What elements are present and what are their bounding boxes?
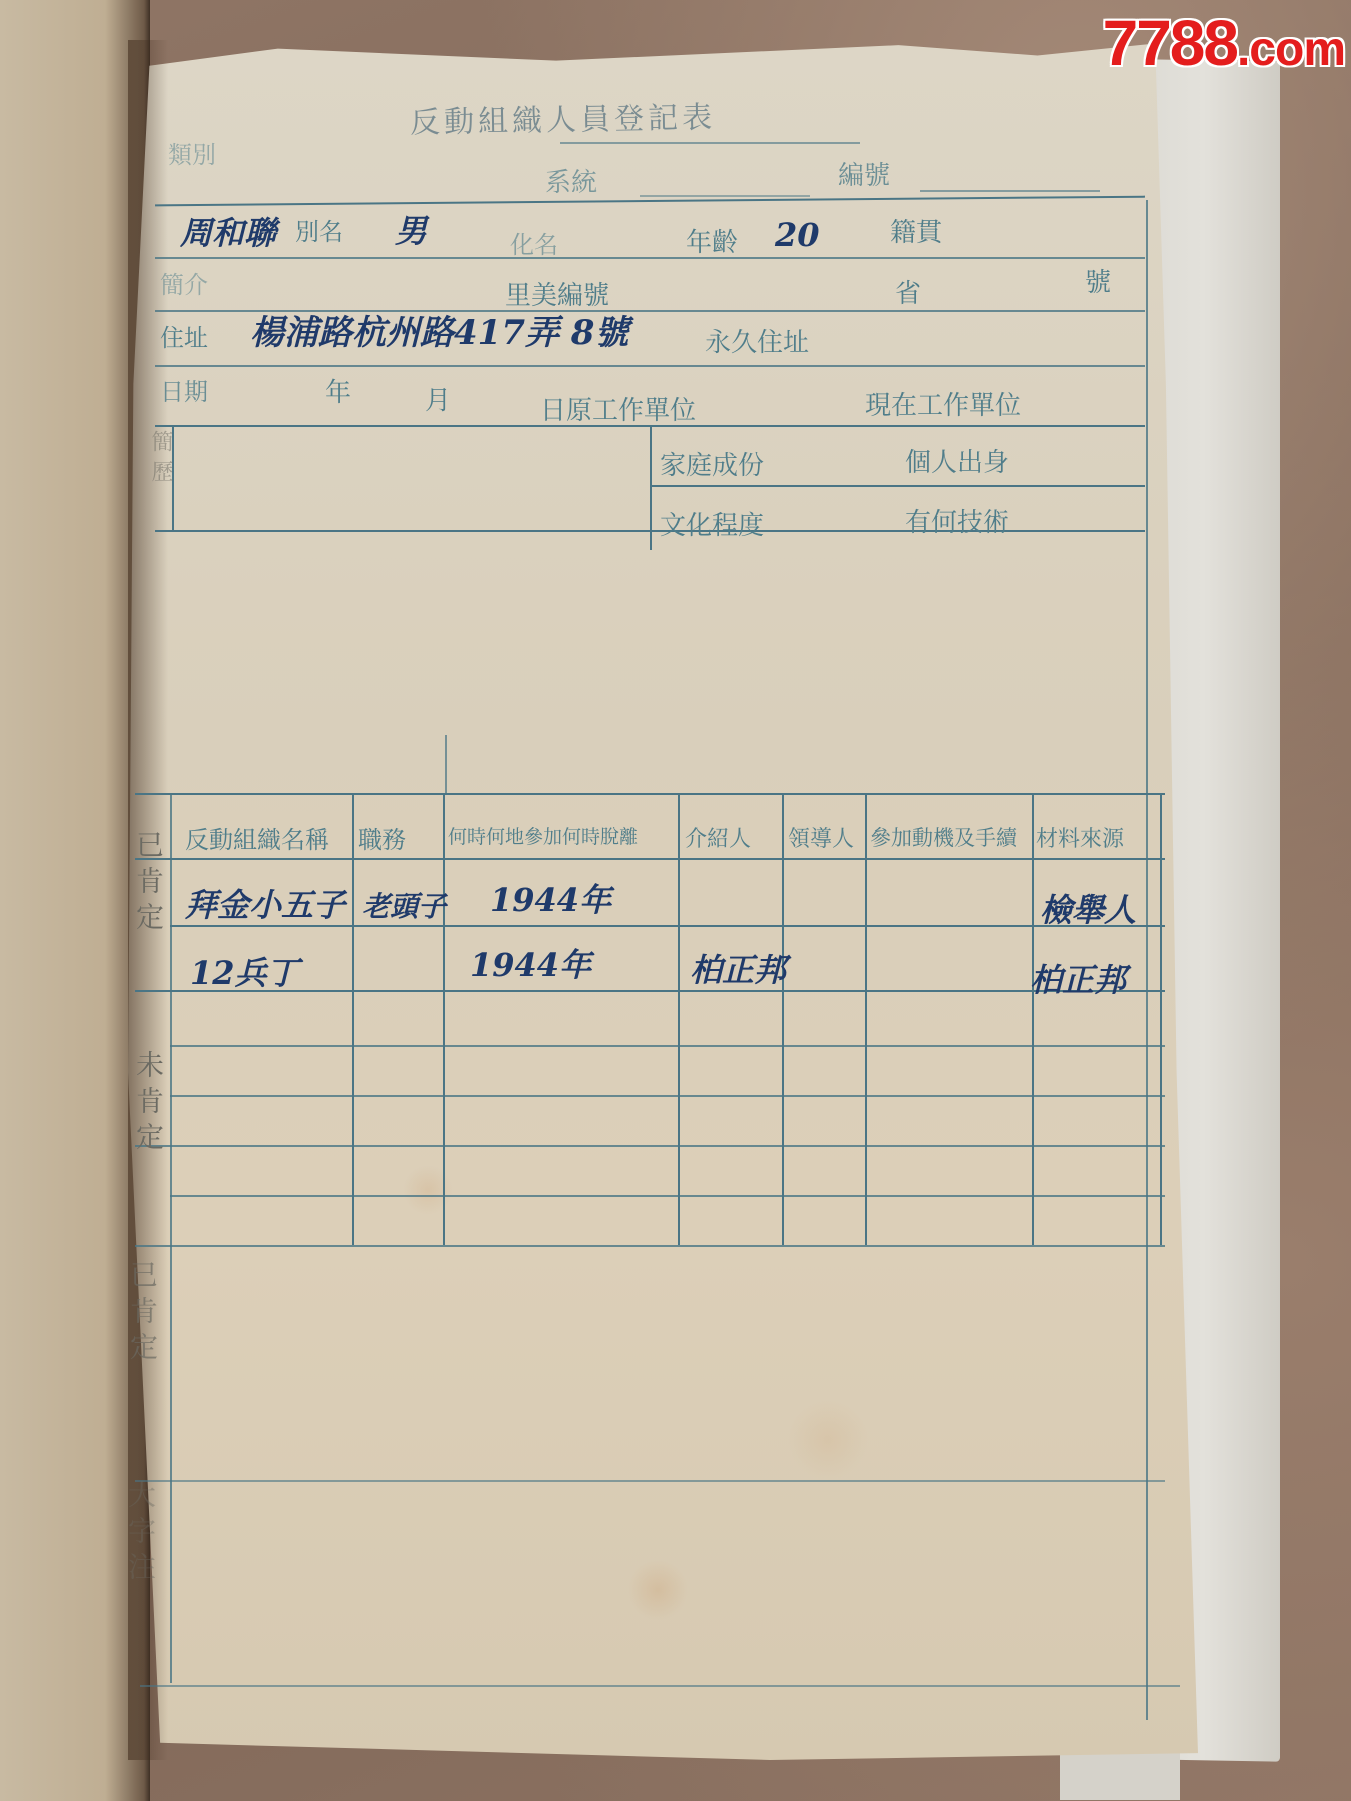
col-header-motive: 參加動機及手續 [870,822,1017,852]
history-side-label: 簡歷 [145,430,176,490]
side-label-confirmed-2: 已肯定 [122,1260,162,1368]
table-bottom-border [135,1245,1165,1247]
table-cell-introducer: 柏正邦 [690,945,786,991]
system-label: 系統 [545,162,597,199]
grid-line [155,257,1145,259]
skills-label: 有何技術 [905,502,1009,539]
table-row-line [170,1045,1165,1047]
form-bottom-border [140,1685,1180,1687]
table-vline [1032,793,1034,1245]
month-label: 月 [425,380,451,417]
native-place-label: 籍貫 [890,212,942,249]
table-cell-when: 1944年 [490,875,611,921]
address-label: 住址 [160,318,208,353]
grid-line [650,485,1145,487]
table-cell-organization: 12兵丁 [190,948,299,994]
family-status-label: 家庭成份 [660,445,764,482]
permanent-address-label: 永久住址 [705,322,809,359]
table-vline [678,793,680,1245]
table-vline [170,793,172,1683]
alias-label: 別名 [295,212,343,247]
col-header-source: 材料來源 [1036,822,1124,853]
col-header-introducer: 介紹人 [685,822,751,853]
col-header-organization: 反動組織名稱 [185,820,329,855]
table-row-line [170,1095,1165,1097]
side-label-confirmed: 已肯定 [128,830,168,938]
form-right-border [1146,200,1148,1720]
number-label: 編號 [838,155,890,192]
watermark-main: 7788 [1103,7,1237,79]
section-line [135,1480,1165,1482]
gender-value: 男 [395,206,427,252]
table-cell-organization: 拜金小五子 [185,880,345,926]
title-underline [560,142,860,144]
number-suffix-label: 號 [1085,262,1111,299]
table-vline [865,793,867,1245]
date-label: 日期 [160,372,208,407]
personal-origin-label: 個人出身 [905,442,1009,479]
current-work-unit-label: 現在工作單位 [865,385,1021,422]
grid-vline [650,425,652,550]
former-name-label: 化名 [510,225,558,260]
age-label: 年齡 [686,222,738,259]
grid-vline [445,735,447,795]
form-title: 反動組織人員登記表 [410,92,717,141]
table-header-bottom [135,858,1165,860]
watermark-suffix: .com [1237,23,1345,76]
col-header-leader: 領導人 [788,822,854,853]
year-label: 年 [325,372,351,409]
row2-left-label: 簡介 [160,265,208,300]
col-header-when-where: 何時何地參加何時脫離 [448,822,638,849]
col-header-position: 職務 [358,820,406,855]
table-row-line [170,1195,1165,1197]
province-label: 省 [895,273,921,310]
system-line [640,195,810,197]
side-label-bottom: 大字注 [120,1480,160,1588]
table-vline [352,793,354,1245]
table-top-border [135,793,1165,795]
table-row-line [135,1145,1165,1147]
table-vline [782,793,784,1245]
age-value: 20 [775,216,820,254]
table-vline [443,793,445,1245]
table-cell-source: 柏正邦 [1030,955,1126,1001]
table-cell-position: 老頭子 [362,885,446,925]
address-value: 楊浦路杭州路417弄 8號 [250,305,628,354]
category-label: 類別 [168,135,216,170]
site-watermark: 7788.com [1103,6,1345,80]
grid-line [155,365,1145,367]
table-cell-source: 檢舉人 [1040,885,1136,931]
number-line [920,190,1100,192]
table-vline [1160,793,1162,1245]
table-cell-when: 1944年 [470,940,591,986]
former-work-unit-label: 原工作單位 [566,390,696,427]
day-label: 日 [540,390,566,427]
name-value: 周和聯 [180,208,276,254]
side-label-unconfirmed: 未肯定 [128,1050,168,1158]
education-label: 文化程度 [660,505,764,542]
